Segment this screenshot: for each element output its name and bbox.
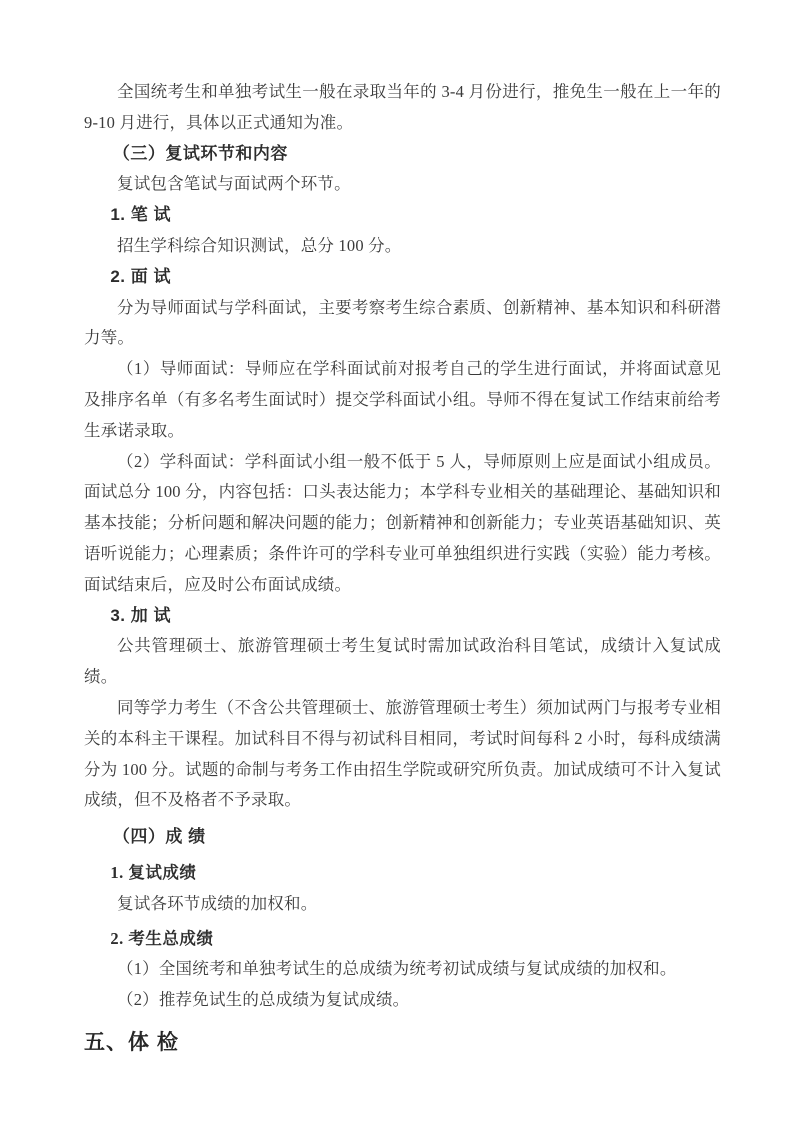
para-total-score-unified: （1）全国统考和单独考试生的总成绩为统考初试成绩与复试成绩的加权和。 [84,954,721,985]
document-page: 全国统考生和单独考试生一般在录取当年的 3-4 月份进行，推免生一般在上一年的 … [0,0,793,1122]
heading-interview: 2. 面 试 [84,262,721,293]
heading-total-score: 2. 考生总成绩 [84,924,721,955]
heading-written-test: 1. 笔 试 [84,200,721,231]
para-additional-test-equivalent: 同等学力考生（不含公共管理硕士、旅游管理硕士考生）须加试两门与报考专业相关的本科… [84,693,721,816]
para-discipline-interview: （2）学科面试：学科面试小组一般不低于 5 人，导师原则上应是面试小组成员。面试… [84,447,721,601]
para-additional-test-mpa: 公共管理硕士、旅游管理硕士考生复试时需加试政治科目笔试，成绩计入复试成绩。 [84,631,721,693]
para-interview-overview: 分为导师面试与学科面试，主要考察考生综合素质、创新精神、基本知识和科研潜力等。 [84,293,721,355]
para-written-test-detail: 招生学科综合知识测试，总分 100 分。 [84,231,721,262]
heading-section-scores: （四）成 绩 [84,822,721,853]
heading-retest-score: 1. 复试成绩 [84,858,721,889]
para-retest-schedule: 全国统考生和单独考试生一般在录取当年的 3-4 月份进行，推免生一般在上一年的 … [84,77,721,139]
heading-section-retest-content: （三）复试环节和内容 [84,139,721,170]
para-retest-components: 复试包含笔试与面试两个环节。 [84,169,721,200]
para-supervisor-interview: （1）导师面试：导师应在学科面试前对报考自己的学生进行面试，并将面试意见及排序名… [84,354,721,446]
heading-additional-test: 3. 加 试 [84,601,721,632]
para-total-score-exempt: （2）推荐免试生的总成绩为复试成绩。 [84,985,721,1016]
heading-chapter-physical-exam: 五、体 检 [84,1026,721,1060]
para-retest-score-detail: 复试各环节成绩的加权和。 [84,889,721,920]
